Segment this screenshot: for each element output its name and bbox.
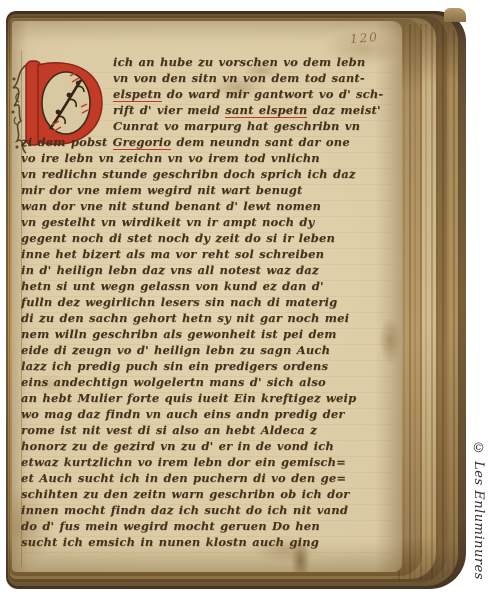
manuscript-line: hetn si unt wegn gelassn von kund ez dan… <box>21 278 397 294</box>
manuscript-line: etwaz kurtzlichn vo irem lebn dor ein ge… <box>21 454 397 470</box>
manuscript-line: ich an hube zu vorschen vo dem lebn <box>21 54 397 70</box>
manuscript-line: do d' fus mein wegird mocht geruen Do he… <box>21 518 397 534</box>
manuscript-line: vn gestelht vn wirdikeit vn ir ampt noch… <box>21 214 397 230</box>
manuscript-line: rome ist nit vest di si also an hebt Ald… <box>21 422 397 438</box>
manuscript-line: eide di zeugn vo d' heilign lebn zu sagn… <box>21 342 397 358</box>
manuscript-line: mir dor vne miem wegird nit wart benugt <box>21 182 397 198</box>
rubricated-word: Gregorio <box>113 135 172 150</box>
manuscript-line: zi dem pobst Gregorio dem neundn sant da… <box>21 134 397 150</box>
manuscript-text: ich an hube zu vorschen vo dem lebnvn vo… <box>21 54 397 550</box>
page-corner-flap <box>444 8 466 22</box>
rubricated-word: sant elspetn <box>225 103 307 118</box>
manuscript-line: Cunrat vo marpurg hat geschribn vn <box>21 118 397 134</box>
manuscript-line: vo ire lebn vn zeichn vn vo irem tod vnl… <box>21 150 397 166</box>
manuscript-line: et Auch sucht ich in den puchern di vo d… <box>21 470 397 486</box>
manuscript-line: fulln dez wegirlichn lesers sin nach di … <box>21 294 397 310</box>
manuscript-line: eins andechtign wolgelertn mans d' sich … <box>21 374 397 390</box>
copyright-watermark: © Les Enluminures <box>471 441 486 597</box>
manuscript-line: in d' heilign lebn daz vns all notest wa… <box>21 262 397 278</box>
manuscript-line: schihten zu den zeitn warn geschribn ob … <box>21 486 397 502</box>
fore-edge-grain-texture <box>398 24 462 580</box>
manuscript-line: inne het bizert als ma vor reht sol schr… <box>21 246 397 262</box>
parchment-page: 120 <box>12 21 402 572</box>
manuscript-line: wan dor vne nit stund benant d' lewt nom… <box>21 198 397 214</box>
manuscript-line: an hebt Mulier forte quis iueit Ein kref… <box>21 390 397 406</box>
manuscript-line: gegent noch di stet noch dy zeit do si i… <box>21 230 397 246</box>
manuscript-photo: 120 <box>0 0 501 600</box>
manuscript-line: wo mag daz findn vn auch eins andn predi… <box>21 406 397 422</box>
folio-number: 120 <box>350 30 380 46</box>
manuscript-line: vn redlichn stunde geschribn doch sprich… <box>21 166 397 182</box>
manuscript-line: elspetn do ward mir gantwort vo d' sch- <box>21 86 397 102</box>
manuscript-line: lazz ich predig puch sin ein predigers o… <box>21 358 397 374</box>
manuscript-line: nem willn geschribn als gewonheit ist pe… <box>21 326 397 342</box>
manuscript-line: innen mocht findn daz ich sucht do ich n… <box>21 502 397 518</box>
manuscript-line: honorz zu de gezird vn zu d' er in de vo… <box>21 438 397 454</box>
manuscript-line: sucht ich emsich in nunen klostn auch gi… <box>21 534 397 550</box>
rubricated-word: elspetn <box>113 87 162 102</box>
manuscript-line: rift d' vier meid sant elspetn daz meist… <box>21 102 397 118</box>
manuscript-line: vn von den sitn vn von dem tod sant- <box>21 70 397 86</box>
manuscript-line: di zu den sachn gehort hetn sy nit gar n… <box>21 310 397 326</box>
